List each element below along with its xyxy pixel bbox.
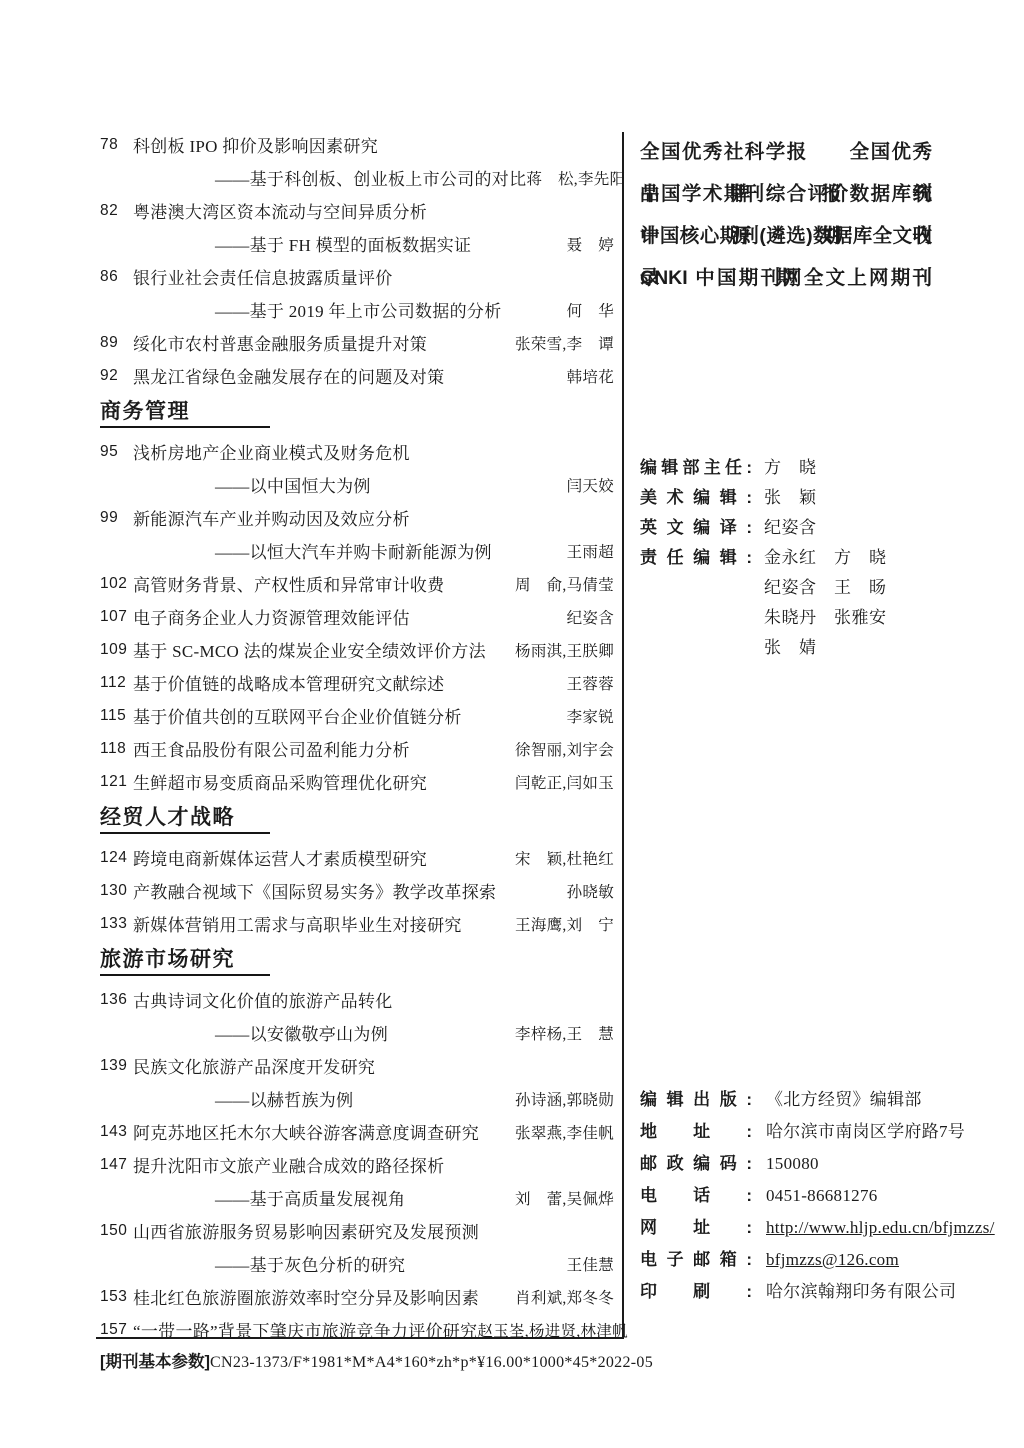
page-number: 115 bbox=[100, 707, 133, 725]
article-authors: 徐智丽,刘宇会 bbox=[515, 738, 614, 760]
toc-entry-subtitle-row: ——以中国恒大为例 闫天姣 bbox=[100, 468, 614, 501]
staff-names: 方 晓 bbox=[764, 453, 817, 483]
publication-label: 电话: bbox=[640, 1180, 752, 1212]
article-title: 新媒体营销用工需求与高职毕业生对接研究 bbox=[133, 911, 515, 936]
staff-role-label: 责任编辑: bbox=[640, 543, 752, 573]
publication-label: 编辑出版: bbox=[640, 1084, 752, 1116]
footer-rule-line bbox=[96, 1337, 624, 1339]
article-title: 桂北红色旅游圈旅游效率时空分异及影响因素 bbox=[133, 1284, 515, 1309]
page-number: 133 bbox=[100, 915, 133, 933]
article-subtitle: ——以恒大汽车并购卡耐新能源为例 bbox=[100, 538, 567, 563]
page-number: 109 bbox=[100, 641, 133, 659]
article-title: 高管财务背景、产权性质和异常审计收费 bbox=[133, 571, 515, 596]
journal-toc-page: { "toc": { "sections": [ { "title": "", … bbox=[0, 0, 1024, 1448]
toc-entry-row: 89 绥化市农村普惠金融服务质量提升对策 张荣雪,李 谭 bbox=[100, 326, 614, 359]
staff-names: 纪姿含 bbox=[764, 513, 817, 543]
publication-label: 印刷: bbox=[640, 1276, 752, 1308]
article-authors: 刘 蕾,吴佩烨 bbox=[515, 1187, 614, 1209]
article-authors: 宋 颖,杜艳红 bbox=[515, 847, 614, 869]
article-title: 产教融合视域下《国际贸易实务》教学改革探索 bbox=[133, 878, 567, 903]
staff-names: 金永红 方 晓 bbox=[764, 543, 887, 573]
toc-entry-row: 130 产教融合视域下《国际贸易实务》教学改革探索 孙晓敏 bbox=[100, 874, 614, 907]
publication-label: 邮政编码: bbox=[640, 1148, 752, 1180]
article-title: 提升沈阳市文旅产业融合成效的路径探析 bbox=[133, 1152, 614, 1177]
accolade-line: 中国核心期刊(遴选)数据库全文收录期刊 bbox=[640, 215, 932, 257]
article-authors: 聂 婷 bbox=[567, 233, 614, 255]
article-title: 山西省旅游服务贸易影响因素研究及发展预测 bbox=[133, 1218, 614, 1243]
toc-entry-title-row: 150 山西省旅游服务贸易影响因素研究及发展预测 bbox=[100, 1214, 614, 1247]
article-title: 阿克苏地区托木尔大峡谷游客满意度调查研究 bbox=[133, 1119, 515, 1144]
publication-label: 电子邮箱: bbox=[640, 1244, 752, 1276]
staff-role-label bbox=[640, 603, 752, 633]
toc-entry-row: 157 “一带一路”背景下肇庆市旅游竞争力评价研究 赵玉峑,杨进贤,林津帆 bbox=[100, 1313, 614, 1346]
toc-entry-subtitle-row: ——基于科创板、创业板上市公司的对比 蒋 松,李先阳 bbox=[100, 161, 614, 194]
article-authors: 闫乾正,闫如玉 bbox=[515, 771, 614, 793]
staff-row: 美术编辑: 张 颖 bbox=[640, 483, 940, 513]
editorial-staff-block: 编辑部主任: 方 晓 美术编辑: 张 颖 英文编译: 纪姿含 责任编辑: 金永红… bbox=[640, 453, 940, 663]
page-number: 139 bbox=[100, 1057, 133, 1075]
page-number: 82 bbox=[100, 202, 133, 220]
staff-role-label: 英文编译: bbox=[640, 513, 752, 543]
toc-entry-title-row: 139 民族文化旅游产品深度开发研究 bbox=[100, 1049, 614, 1082]
address-value: 哈尔滨市南岗区学府路7号 bbox=[766, 1116, 965, 1148]
page-number: 86 bbox=[100, 268, 133, 286]
article-authors: 张荣雪,李 谭 bbox=[515, 332, 614, 354]
article-title: 绥化市农村普惠金融服务质量提升对策 bbox=[133, 330, 515, 355]
staff-role-label bbox=[640, 633, 752, 663]
journal-parameters-line: [期刊基本参数]CN23-1373/F*1981*M*A4*160*zh*p*¥… bbox=[100, 1348, 653, 1372]
article-authors: 纪姿含 bbox=[567, 606, 614, 628]
article-title: 古典诗词文化价值的旅游产品转化 bbox=[133, 987, 614, 1012]
staff-role-label: 编辑部主任: bbox=[640, 453, 752, 483]
article-title: 科创板 IPO 抑价及影响因素研究 bbox=[133, 132, 614, 157]
toc-entry-row: 109 基于 SC-MCO 法的煤炭企业安全绩效评价方法 杨雨淇,王朕卿 bbox=[100, 633, 614, 666]
publication-row: 地址: 哈尔滨市南岗区学府路7号 bbox=[640, 1116, 1010, 1148]
article-authors: 孙晓敏 bbox=[567, 880, 614, 902]
publisher-name: 《北方经贸》编辑部 bbox=[766, 1084, 922, 1116]
article-authors: 李家锐 bbox=[567, 705, 614, 727]
accolades-block: 全国优秀社科学报 全国优秀品牌报刊 中国学术期刊综合评价数据库统计源期刊 中国核… bbox=[640, 131, 932, 299]
page-number: 102 bbox=[100, 575, 133, 593]
staff-names: 张 颖 bbox=[764, 483, 817, 513]
page-number: 153 bbox=[100, 1288, 133, 1306]
article-title: 基于价值链的战略成本管理研究文献综述 bbox=[133, 670, 567, 695]
page-number: 136 bbox=[100, 991, 133, 1009]
section-header-tourism-market: 旅游市场研究 bbox=[100, 940, 614, 983]
accolade-line: 全国优秀社科学报 全国优秀品牌报刊 bbox=[640, 131, 932, 173]
toc-entry-row: 121 生鲜超市易变质商品采购管理优化研究 闫乾正,闫如玉 bbox=[100, 765, 614, 798]
article-title: 跨境电商新媒体运营人才素质模型研究 bbox=[133, 845, 515, 870]
toc-entry-title-row: 86 银行业社会责任信息披露质量评价 bbox=[100, 260, 614, 293]
toc-entry-subtitle-row: ——基于灰色分析的研究 王佳慧 bbox=[100, 1247, 614, 1280]
toc-entry-row: 143 阿克苏地区托木尔大峡谷游客满意度调查研究 张翠燕,李佳帆 bbox=[100, 1115, 614, 1148]
toc-entry-row: 112 基于价值链的战略成本管理研究文献综述 王蓉蓉 bbox=[100, 666, 614, 699]
page-number: 89 bbox=[100, 334, 133, 352]
page-number: 130 bbox=[100, 882, 133, 900]
toc-entry-subtitle-row: ——以安徽敬亭山为例 李梓杨,王 慧 bbox=[100, 1016, 614, 1049]
article-subtitle: ——基于科创板、创业板上市公司的对比 bbox=[100, 165, 526, 190]
toc-entry-title-row: 136 古典诗词文化价值的旅游产品转化 bbox=[100, 983, 614, 1016]
article-subtitle: ——以赫哲族为例 bbox=[100, 1086, 515, 1111]
toc-entry-row: 133 新媒体营销用工需求与高职毕业生对接研究 王海鹰,刘 宁 bbox=[100, 907, 614, 940]
article-title: 生鲜超市易变质商品采购管理优化研究 bbox=[133, 769, 515, 794]
publication-row: 印刷: 哈尔滨翰翔印务有限公司 bbox=[640, 1276, 1010, 1308]
toc-entry-title-row: 78 科创板 IPO 抑价及影响因素研究 bbox=[100, 128, 614, 161]
page-number: 107 bbox=[100, 608, 133, 626]
article-subtitle: ——基于 FH 模型的面板数据实证 bbox=[100, 231, 567, 256]
printer-name: 哈尔滨翰翔印务有限公司 bbox=[766, 1276, 956, 1308]
staff-row: 朱晓丹 张雅安 bbox=[640, 603, 940, 633]
toc-entry-row: 107 电子商务企业人力资源管理效能评估 纪姿含 bbox=[100, 600, 614, 633]
article-title: 新能源汽车产业并购动因及效应分析 bbox=[133, 505, 614, 530]
page-number: 147 bbox=[100, 1156, 133, 1174]
page-number: 150 bbox=[100, 1222, 133, 1240]
article-authors: 何 华 bbox=[567, 299, 614, 321]
article-title: 民族文化旅游产品深度开发研究 bbox=[133, 1053, 614, 1078]
publication-row: 电子邮箱: bfjmzzs@126.com bbox=[640, 1244, 1010, 1276]
article-subtitle: ——基于 2019 年上市公司数据的分析 bbox=[100, 297, 567, 322]
toc-entry-title-row: 99 新能源汽车产业并购动因及效应分析 bbox=[100, 501, 614, 534]
page-number: 124 bbox=[100, 849, 133, 867]
staff-role-label: 美术编辑: bbox=[640, 483, 752, 513]
article-subtitle: ——基于高质量发展视角 bbox=[100, 1185, 515, 1210]
article-subtitle: ——以中国恒大为例 bbox=[100, 472, 567, 497]
article-title: 基于 SC-MCO 法的煤炭企业安全绩效评价方法 bbox=[133, 637, 515, 662]
staff-row: 责任编辑: 金永红 方 晓 bbox=[640, 543, 940, 573]
publication-row: 编辑出版: 《北方经贸》编辑部 bbox=[640, 1084, 1010, 1116]
article-authors: 杨雨淇,王朕卿 bbox=[515, 639, 614, 661]
page-number: 121 bbox=[100, 773, 133, 791]
article-authors: 王雨超 bbox=[567, 540, 614, 562]
phone-value: 0451-86681276 bbox=[766, 1180, 878, 1212]
article-title: 粤港澳大湾区资本流动与空间异质分析 bbox=[133, 198, 614, 223]
staff-role-label bbox=[640, 573, 752, 603]
publication-label: 地址: bbox=[640, 1116, 752, 1148]
toc-entry-title-row: 147 提升沈阳市文旅产业融合成效的路径探析 bbox=[100, 1148, 614, 1181]
accolade-line: 中国学术期刊综合评价数据库统计源期刊 bbox=[640, 173, 932, 215]
staff-names: 张 婧 bbox=[764, 633, 817, 663]
article-authors: 李梓杨,王 慧 bbox=[515, 1022, 614, 1044]
section-title: 商务管理 bbox=[100, 400, 190, 423]
publication-info-block: 编辑出版: 《北方经贸》编辑部 地址: 哈尔滨市南岗区学府路7号 邮政编码: 1… bbox=[640, 1084, 1010, 1308]
toc-entry-row: 153 桂北红色旅游圈旅游效率时空分异及影响因素 肖利斌,郑冬冬 bbox=[100, 1280, 614, 1313]
page-number: 112 bbox=[100, 674, 133, 692]
section-title: 旅游市场研究 bbox=[100, 948, 235, 971]
article-authors: 肖利斌,郑冬冬 bbox=[515, 1286, 614, 1308]
article-title: 西王食品股份有限公司盈利能力分析 bbox=[133, 736, 515, 761]
parameters-value: CN23-1373/F*1981*M*A4*160*zh*p*¥16.00*10… bbox=[210, 1354, 653, 1371]
article-title: 基于价值共创的互联网平台企业价值链分析 bbox=[133, 703, 567, 728]
staff-row: 编辑部主任: 方 晓 bbox=[640, 453, 940, 483]
article-title: 黑龙江省绿色金融发展存在的问题及对策 bbox=[133, 363, 567, 388]
article-title: 浅析房地产企业商业模式及财务危机 bbox=[133, 439, 614, 464]
staff-row: 纪姿含 王 旸 bbox=[640, 573, 940, 603]
column-divider-line bbox=[622, 132, 624, 1337]
staff-row: 英文编译: 纪姿含 bbox=[640, 513, 940, 543]
publication-label: 网址: bbox=[640, 1212, 752, 1244]
publication-row: 邮政编码: 150080 bbox=[640, 1148, 1010, 1180]
article-subtitle: ——基于灰色分析的研究 bbox=[100, 1251, 567, 1276]
toc-entry-row: 92 黑龙江省绿色金融发展存在的问题及对策 韩培花 bbox=[100, 359, 614, 392]
article-authors: 周 俞,马倩莹 bbox=[515, 573, 614, 595]
page-number: 92 bbox=[100, 367, 133, 385]
article-authors: 孙诗涵,郭晓勋 bbox=[515, 1088, 614, 1110]
toc-column: 78 科创板 IPO 抑价及影响因素研究 ——基于科创板、创业板上市公司的对比 … bbox=[100, 128, 614, 1346]
staff-row: 张 婧 bbox=[640, 633, 940, 663]
article-authors: 蒋 松,李先阳 bbox=[526, 167, 625, 189]
section-title: 经贸人才战略 bbox=[100, 806, 235, 829]
toc-entry-subtitle-row: ——以赫哲族为例 孙诗涵,郭晓勋 bbox=[100, 1082, 614, 1115]
toc-entry-subtitle-row: ——以恒大汽车并购卡耐新能源为例 王雨超 bbox=[100, 534, 614, 567]
toc-entry-row: 102 高管财务背景、产权性质和异常审计收费 周 俞,马倩莹 bbox=[100, 567, 614, 600]
article-authors: 王海鹰,刘 宁 bbox=[515, 913, 614, 935]
page-number: 157 bbox=[100, 1321, 133, 1339]
toc-entry-title-row: 82 粤港澳大湾区资本流动与空间异质分析 bbox=[100, 194, 614, 227]
toc-entry-subtitle-row: ——基于 FH 模型的面板数据实证 聂 婷 bbox=[100, 227, 614, 260]
section-header-business-management: 商务管理 bbox=[100, 392, 614, 435]
article-authors: 张翠燕,李佳帆 bbox=[515, 1121, 614, 1143]
toc-entry-title-row: 95 浅析房地产企业商业模式及财务危机 bbox=[100, 435, 614, 468]
page-number: 143 bbox=[100, 1123, 133, 1141]
staff-names: 朱晓丹 张雅安 bbox=[764, 603, 887, 633]
article-subtitle: ——以安徽敬亭山为例 bbox=[100, 1020, 515, 1045]
page-number: 78 bbox=[100, 136, 133, 154]
toc-entry-row: 124 跨境电商新媒体运营人才素质模型研究 宋 颖,杜艳红 bbox=[100, 841, 614, 874]
publication-row: 电话: 0451-86681276 bbox=[640, 1180, 1010, 1212]
toc-entry-subtitle-row: ——基于高质量发展视角 刘 蕾,吴佩烨 bbox=[100, 1181, 614, 1214]
article-authors: 韩培花 bbox=[567, 365, 614, 387]
publication-row: 网址: http://www.hljp.edu.cn/bfjmzzs/ bbox=[640, 1212, 1010, 1244]
email-link[interactable]: bfjmzzs@126.com bbox=[766, 1244, 899, 1276]
parameters-label: [期刊基本参数] bbox=[100, 1353, 210, 1371]
accolade-line: CNKI 中国期刊网全文上网期刊 bbox=[640, 257, 932, 299]
website-link[interactable]: http://www.hljp.edu.cn/bfjmzzs/ bbox=[766, 1212, 995, 1244]
article-authors: 王蓉蓉 bbox=[567, 672, 614, 694]
toc-entry-row: 118 西王食品股份有限公司盈利能力分析 徐智丽,刘宇会 bbox=[100, 732, 614, 765]
article-authors: 闫天姣 bbox=[567, 474, 614, 496]
article-authors: 王佳慧 bbox=[567, 1253, 614, 1275]
postal-code-value: 150080 bbox=[766, 1148, 819, 1180]
toc-entry-row: 115 基于价值共创的互联网平台企业价值链分析 李家锐 bbox=[100, 699, 614, 732]
page-number: 118 bbox=[100, 740, 133, 758]
staff-names: 纪姿含 王 旸 bbox=[764, 573, 887, 603]
section-header-talent-strategy: 经贸人才战略 bbox=[100, 798, 614, 841]
article-title: 电子商务企业人力资源管理效能评估 bbox=[133, 604, 567, 629]
page-number: 95 bbox=[100, 443, 133, 461]
article-title: 银行业社会责任信息披露质量评价 bbox=[133, 264, 614, 289]
page-number: 99 bbox=[100, 509, 133, 527]
toc-entry-subtitle-row: ——基于 2019 年上市公司数据的分析 何 华 bbox=[100, 293, 614, 326]
